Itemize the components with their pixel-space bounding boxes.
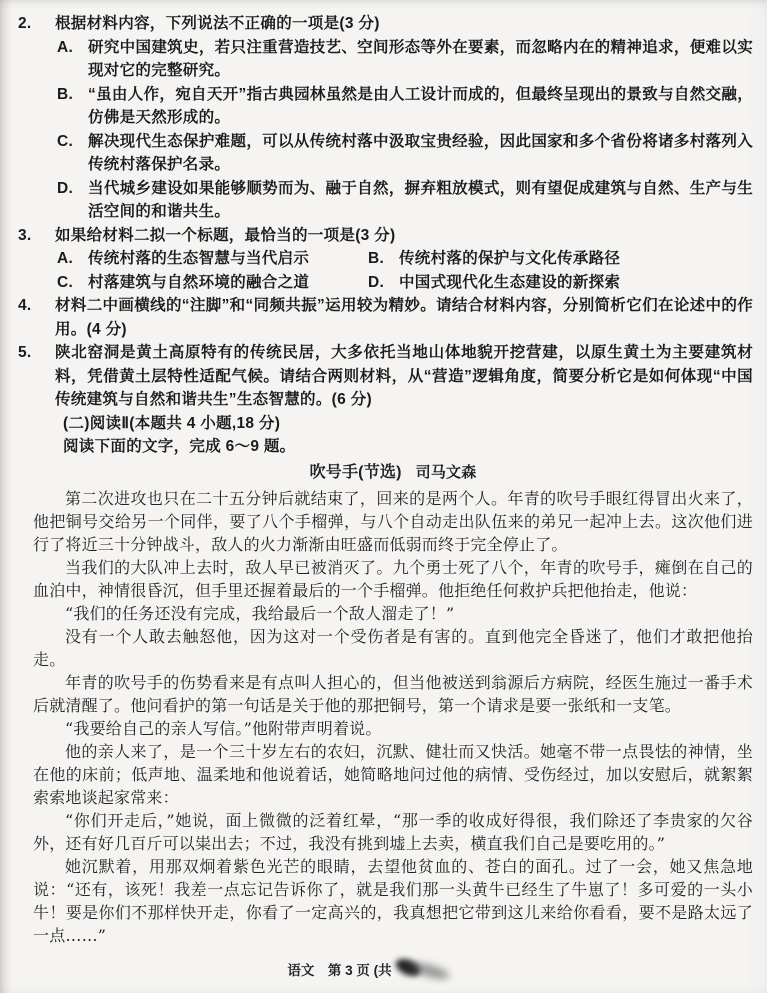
question-4-number: 4. — [18, 294, 55, 341]
question-3-option-b: B. 传统村落的保护与文化传承路径 — [368, 247, 753, 271]
option-d-text: 当代城乡建设如果能够顺势而为、融于自然，摒弃粗放模式，则有望促成建筑与自然、生产… — [88, 177, 753, 224]
question-2-option-d: D. 当代城乡建设如果能够顺势而为、融于自然，摒弃粗放模式，则有望促成建筑与自然… — [18, 177, 753, 224]
question-3-options: A. 传统村落的生态智慧与当代启示 B. 传统村落的保护与文化传承路径 C. 村… — [18, 247, 753, 294]
question-5: 5. 陕北窑洞是黄土高原特有的传统民居，大多依托当地山体地貌开挖营建，以原生黄土… — [18, 341, 753, 412]
passage-paragraph-8: “你们开走后，”她说，面上微微的泛着红晕，“那一季的收成好得很，我们除还了李贵家… — [33, 809, 753, 855]
passage-paragraph-9: 她沉默着，用那双炯着紫色光芒的眼睛，去望他贫血的、苍白的面孔。过了一会，她又焦急… — [33, 855, 753, 947]
passage-paragraph-7: 他的亲人来了，是一个三十岁左右的农妇，沉默、健壮而又快活。她毫不带一点畏怯的神情… — [33, 740, 753, 809]
question-4: 4. 材料二中画横线的“注脚”和“同频共振”运用较为精妙。请结合材料内容，分别简… — [18, 294, 753, 341]
question-5-text: 陕北窑洞是黄土高原特有的传统民居，大多依托当地山体地貌开挖营建，以原生黄土为主要… — [55, 341, 753, 412]
passage-title-line: 吹号手(节选)司马文森 — [33, 461, 753, 484]
option-b-text: “虽由人作，宛自天开”指古典园林虽然是由人工设计而成的，但最终呈现出的景致与自然… — [88, 83, 753, 130]
option-b-text: 传统村落的保护与文化传承路径 — [399, 247, 620, 271]
option-c-label: C. — [57, 271, 88, 295]
question-3-number: 3. — [18, 224, 55, 248]
option-c-text: 解决现代生态保护难题，可以从传统村落中汲取宝贵经验，因此国家和多个省份将诸多村落… — [88, 130, 753, 177]
question-2-option-c: C. 解决现代生态保护难题，可以从传统村落中汲取宝贵经验，因此国家和多个省份将诸… — [18, 130, 753, 177]
reading-passage: 吹号手(节选)司马文森 第二次进攻也只在二十五分钟后就结束了，回来的是两个人。年… — [33, 461, 753, 947]
question-block: 2. 根据材料内容，下列说法不正确的一项是(3 分) A. 研究中国建筑史，若只… — [18, 12, 753, 459]
passage-author: 司马文森 — [416, 464, 477, 481]
question-3-option-c: C. 村落建筑与自然环境的融合之道 — [57, 271, 368, 295]
question-2-option-a: A. 研究中国建筑史，若只注重营造技艺、空间形态等外在要素，而忽略内在的精神追求… — [18, 36, 753, 83]
option-b-label: B. — [368, 247, 399, 271]
question-3-option-a: A. 传统村落的生态智慧与当代启示 — [57, 247, 368, 271]
question-2-option-b: B. “虽由人作，宛自天开”指古典园林虽然是由人工设计而成的，但最终呈现出的景致… — [18, 83, 753, 130]
option-a-text: 传统村落的生态智慧与当代启示 — [88, 247, 309, 271]
footer-text: 语文 第 3 页 (共 — [287, 959, 391, 979]
question-2-number: 2. — [18, 12, 55, 36]
reading-instruction: 阅读下面的文字，完成 6～9 题。 — [18, 435, 753, 459]
passage-paragraph-1: 第二次进攻也只在二十五分钟后就结束了，回来的是两个人。年青的吹号手眼红得冒出火来… — [33, 487, 753, 556]
section-heading: (二)阅读Ⅱ(本题共 4 小题,18 分) — [18, 412, 753, 436]
option-a-text: 研究中国建筑史，若只注重营造技艺、空间形态等外在要素，而忽略内在的精神追求，便难… — [88, 36, 753, 83]
option-d-label: D. — [57, 177, 88, 224]
question-3-option-d: D. 中国式现代化生态建设的新探索 — [368, 271, 753, 295]
question-3: 3. 如果给材料二拟一个标题，最恰当的一项是(3 分) — [18, 224, 753, 248]
option-b-label: B. — [57, 83, 88, 130]
passage-paragraph-2: 当我们的大队冲上去时，敌人早已被消灭了。九个勇士死了八个，年青的吹号手，瘫倒在自… — [33, 556, 753, 602]
page-footer: 语文 第 3 页 (共 — [0, 957, 767, 981]
option-d-label: D. — [368, 271, 399, 295]
passage-paragraph-3: “我们的任务还没有完成，我给最后一个敌人溜走了！” — [33, 602, 753, 625]
option-d-text: 中国式现代化生态建设的新探索 — [399, 271, 620, 295]
question-2: 2. 根据材料内容，下列说法不正确的一项是(3 分) — [18, 12, 753, 36]
exam-page: 2. 根据材料内容，下列说法不正确的一项是(3 分) A. 研究中国建筑史，若只… — [0, 0, 767, 993]
passage-paragraph-5: 年青的吹号手的伤势看来是有点叫人担心的，但当他被送到翁源后方病院，经医生施过一番… — [33, 671, 753, 717]
option-a-label: A. — [57, 247, 88, 271]
question-2-stem: 根据材料内容，下列说法不正确的一项是(3 分) — [55, 12, 753, 36]
option-a-label: A. — [57, 36, 88, 83]
question-5-number: 5. — [18, 341, 55, 412]
ink-smudge-artifact — [392, 957, 452, 981]
option-c-text: 村落建筑与自然环境的融合之道 — [88, 271, 309, 295]
question-4-text: 材料二中画横线的“注脚”和“同频共振”运用较为精妙。请结合材料内容，分别简析它们… — [55, 294, 753, 341]
passage-paragraph-6: “我要给自己的亲人写信。”他附带声明着说。 — [33, 717, 753, 740]
passage-paragraph-4: 没有一个人敢去触怒他，因为这对一个受伤者是有害的。直到他完全昏迷了，他们才敢把他… — [33, 625, 753, 671]
passage-title: 吹号手(节选) — [310, 464, 402, 481]
question-3-stem: 如果给材料二拟一个标题，最恰当的一项是(3 分) — [55, 224, 753, 248]
option-c-label: C. — [57, 130, 88, 177]
